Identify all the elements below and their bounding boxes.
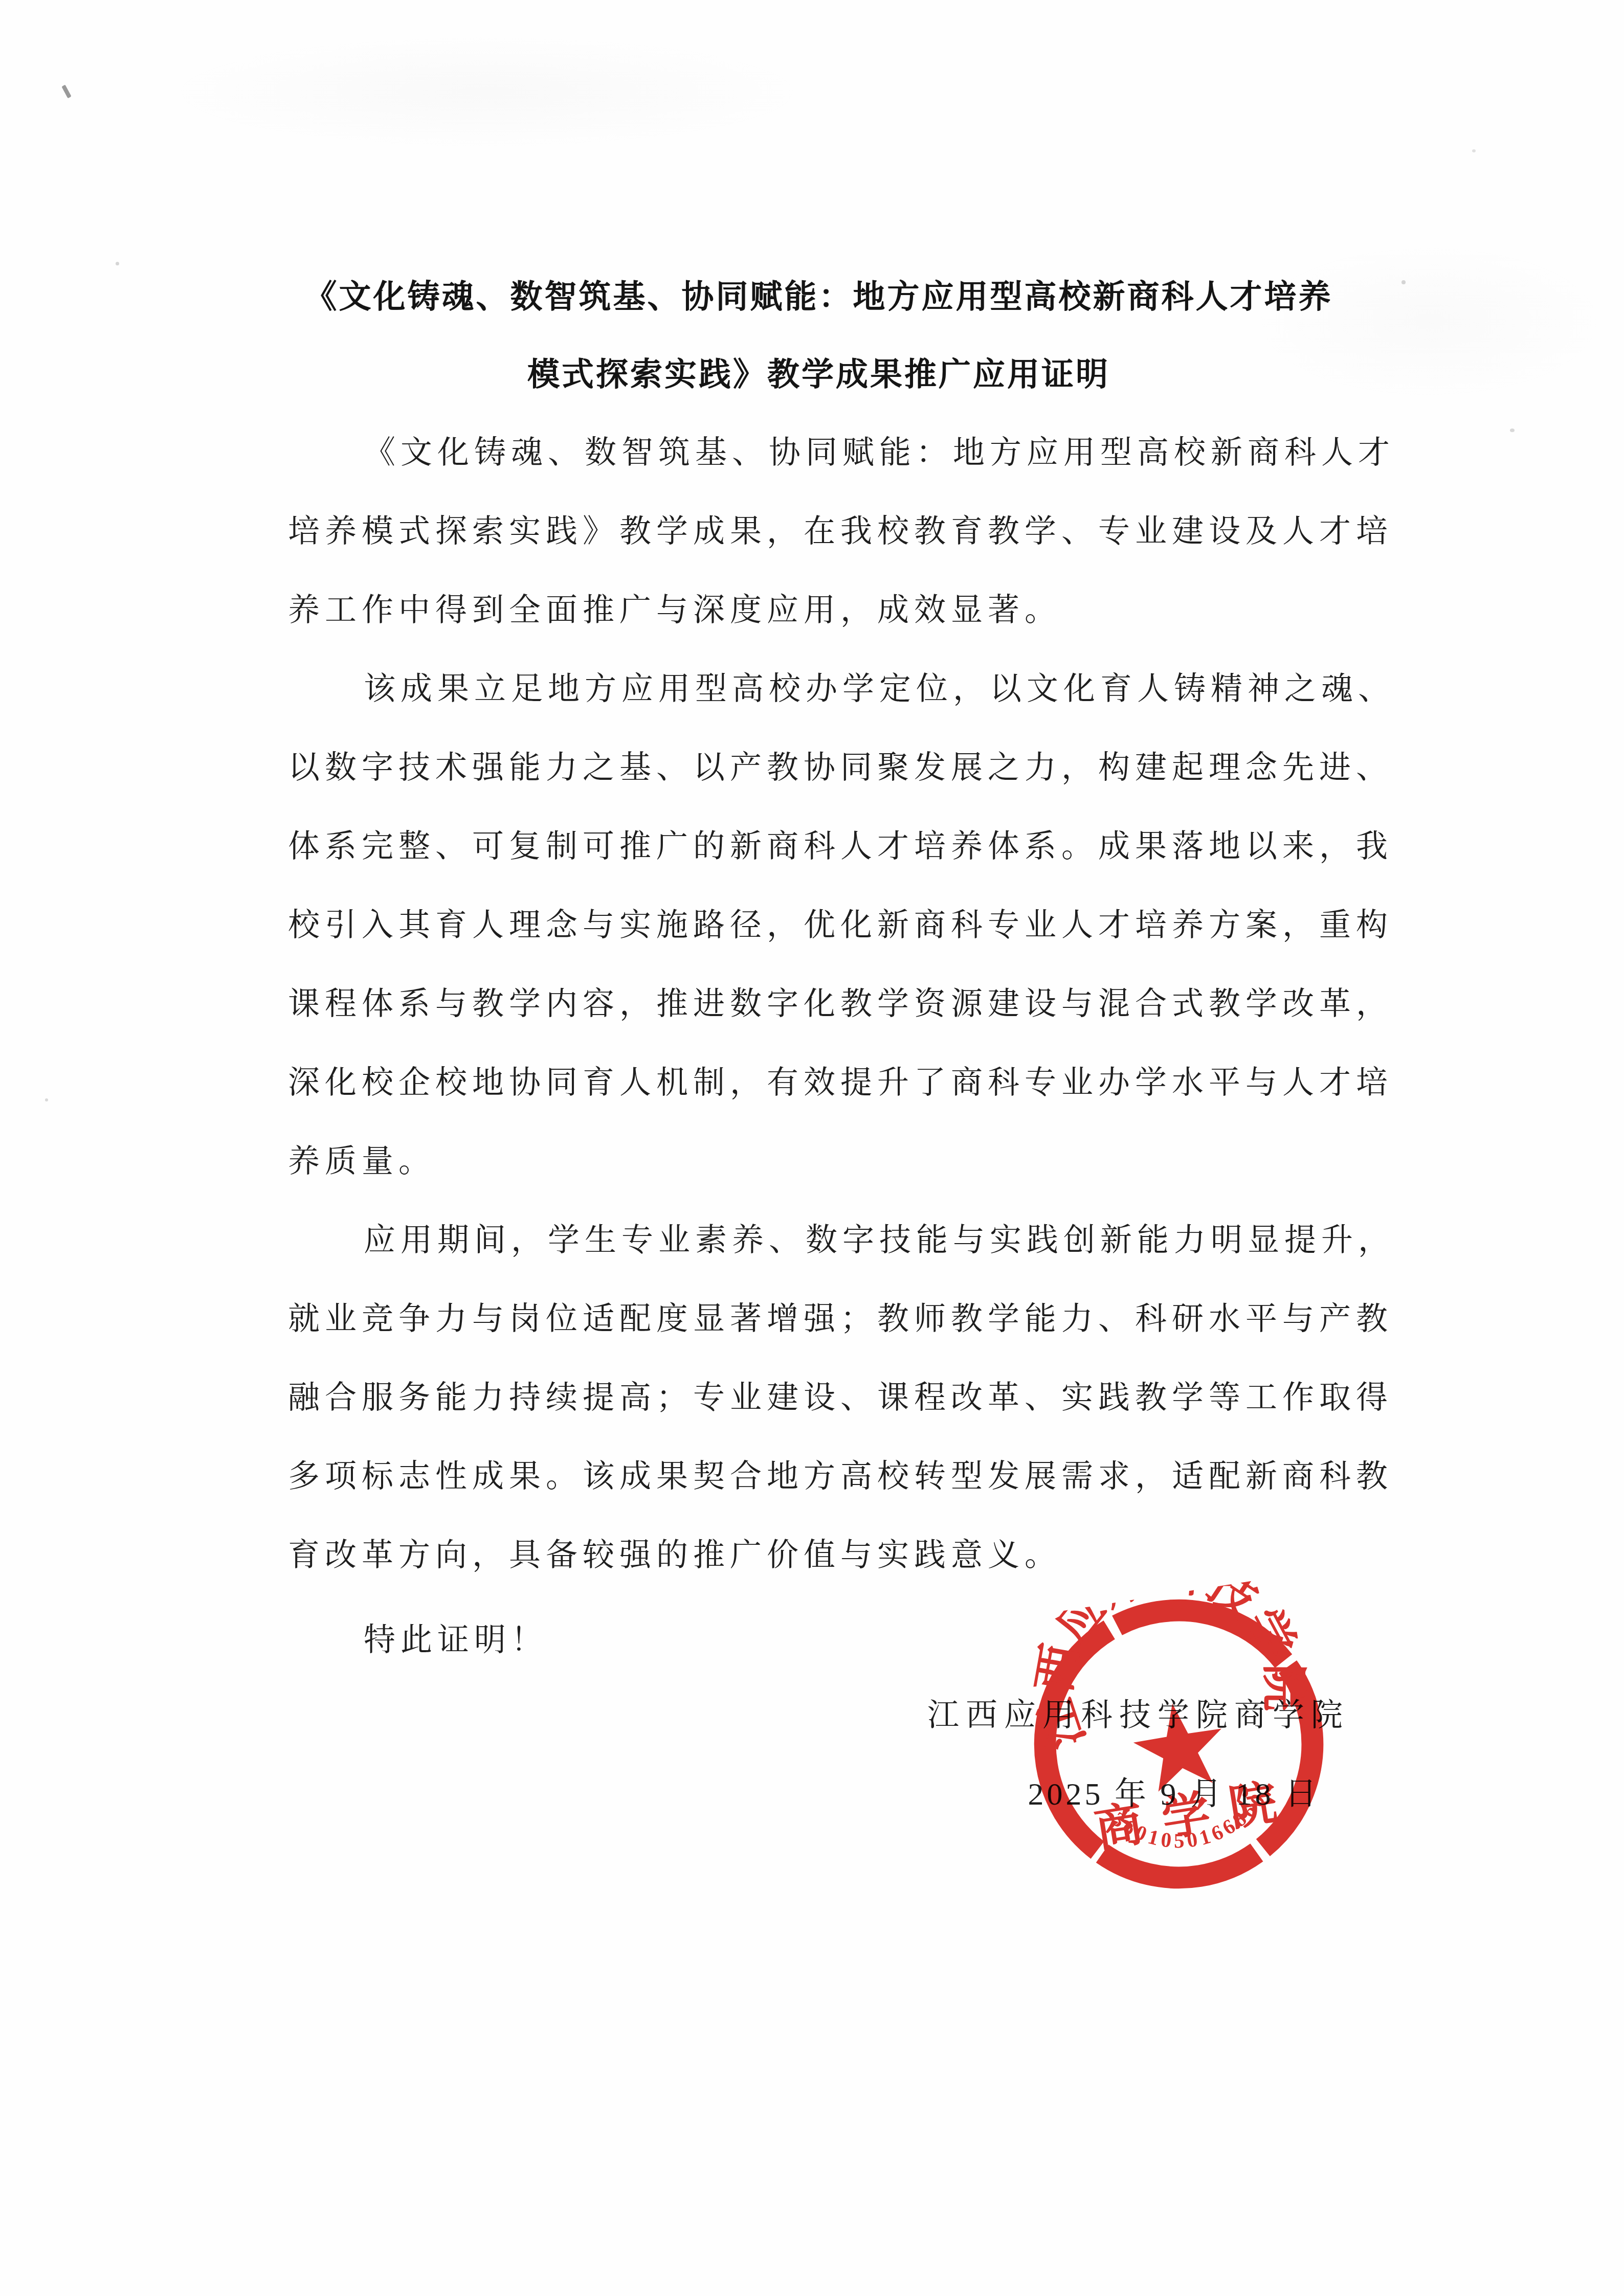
scan-speck <box>116 262 119 265</box>
body-line: 融合服务能力持续提高；专业建设、课程改革、实践教学等工作取得 <box>288 1355 1349 1434</box>
scan-speck <box>1401 280 1406 284</box>
scanned-certificate-page: 《文化铸魂、数智筑基、协同赋能：地方应用型高校新商科人才培养 模式探索实践》教学… <box>0 0 1624 2296</box>
body-line: 《文化铸魂、数智筑基、协同赋能：地方应用型高校新商科人才 <box>288 410 1349 489</box>
scan-speck <box>1510 429 1515 432</box>
title-line-1: 《文化铸魂、数智筑基、协同赋能：地方应用型高校新商科人才培养 <box>288 255 1349 332</box>
body-line: 应用期间，学生专业素养、数字技能与实践创新能力明显提升， <box>288 1198 1349 1276</box>
body-line: 课程体系与教学内容，推进数字化教学资源建设与混合式教学改革， <box>288 961 1349 1040</box>
body-line: 该成果立足地方应用型高校办学定位，以文化育人铸精神之魂、 <box>288 646 1349 725</box>
body-line: 就业竞争力与岗位适配度显著增强；教师教学能力、科研水平与产教 <box>288 1276 1349 1355</box>
body-line: 深化校企校地协同育人机制，有效提升了商科专业办学水平与人才培 <box>288 1040 1349 1119</box>
body-line: 体系完整、可复制可推广的新商科人才培养体系。成果落地以来，我 <box>288 804 1349 883</box>
body-line: 以数字技术强能力之基、以产教协同聚发展之力，构建起理念先进、 <box>288 725 1349 804</box>
scan-speck <box>1472 149 1476 152</box>
official-seal-stamp: 江西应用科技学院 商学院 3601050166860 <box>1008 1573 1350 1915</box>
body-line: 养质量。 <box>288 1119 1349 1198</box>
title-line-2: 模式探索实践》教学成果推广应用证明 <box>288 332 1349 410</box>
body-line: 多项标志性成果。该成果契合地方高校转型发展需求，适配新商科教 <box>288 1434 1349 1513</box>
body-line: 育改革方向，具备较强的推广价值与实践意义。 <box>288 1513 1349 1591</box>
scan-speck <box>61 85 71 99</box>
certificate-title: 《文化铸魂、数智筑基、协同赋能：地方应用型高校新商科人才培养 模式探索实践》教学… <box>288 255 1349 410</box>
body-line: 养工作中得到全面推广与深度应用，成效显著。 <box>288 568 1349 646</box>
seal-star-icon <box>1128 1697 1230 1794</box>
body-line: 培养模式探索实践》教学成果，在我校教育教学、专业建设及人才培 <box>288 489 1349 568</box>
certificate-body: 《文化铸魂、数智筑基、协同赋能：地方应用型高校新商科人才 培养模式探索实践》教学… <box>288 410 1349 1591</box>
body-line: 校引入其育人理念与实施路径，优化新商科专业人才培养方案，重构 <box>288 883 1349 961</box>
scan-speck <box>45 1098 48 1101</box>
